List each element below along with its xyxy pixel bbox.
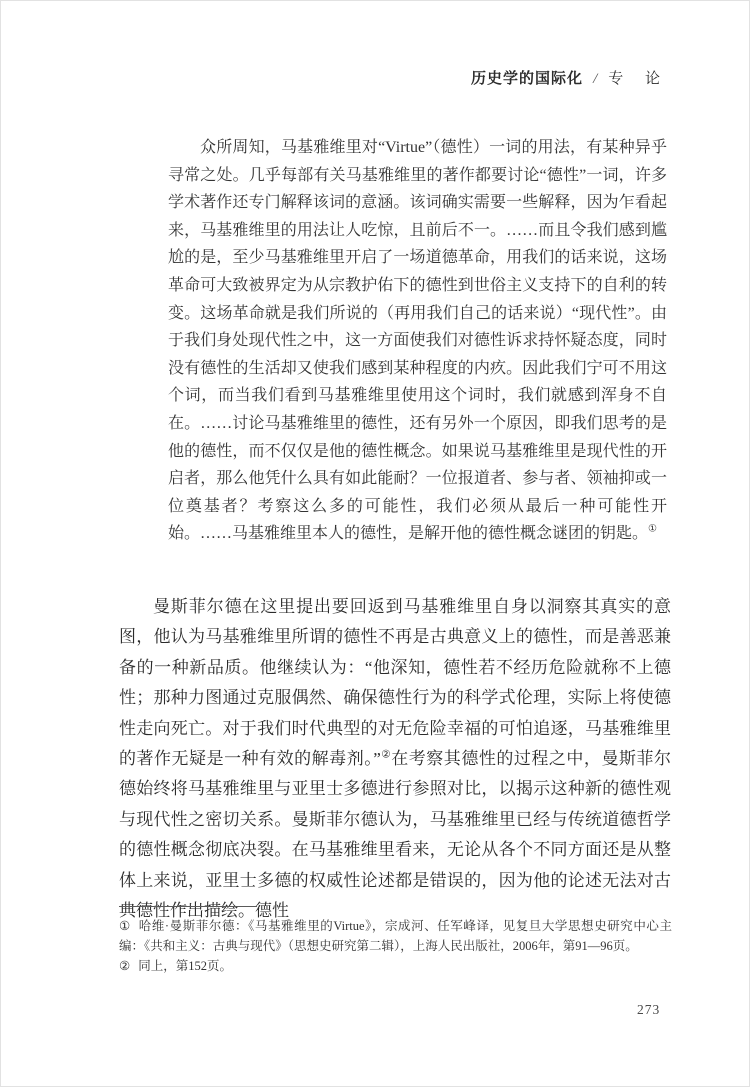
footnote-ref-2: ② [381, 749, 391, 760]
body-paragraph: 曼斯菲尔德在这里提出要回返到马基雅维里自身以洞察其真实的意图，他认为马基雅维里所… [119, 592, 671, 926]
footnote-2-text: 同上，第152页。 [138, 959, 232, 973]
footnote-1-text: 哈维·曼斯菲尔德：《马基雅维里的Virtue》，宗成河、任军峰译，见复旦大学思想… [119, 919, 672, 953]
footnotes-section: ①哈维·曼斯菲尔德：《马基雅维里的Virtue》，宗成河、任军峰译，见复旦大学思… [119, 917, 672, 978]
footnote-ref-1: ① [648, 524, 657, 535]
running-head-title: 历史学的国际化 [471, 71, 583, 87]
footnote-1: ①哈维·曼斯菲尔德：《马基雅维里的Virtue》，宗成河、任军峰译，见复旦大学思… [119, 917, 672, 956]
page-number: 273 [637, 1002, 660, 1018]
footnote-separator-rule [119, 906, 257, 907]
document-page: 历史学的国际化/专 论 众所周知，马基雅维里对“Virtue”（德性）一词的用法… [0, 0, 750, 1087]
footnote-2-marker: ② [119, 959, 130, 973]
running-head-section: 专 论 [608, 71, 669, 87]
footnote-1-marker: ① [119, 919, 131, 933]
running-head-separator: / [593, 71, 598, 87]
block-quote-text: 众所周知，马基雅维里对“Virtue”（德性）一词的用法，有某种异乎寻常之处。几… [168, 139, 667, 542]
footnote-2: ②同上，第152页。 [119, 957, 672, 977]
block-quote: 众所周知，马基雅维里对“Virtue”（德性）一词的用法，有某种异乎寻常之处。几… [168, 134, 667, 548]
body-paragraph-part1: 曼斯菲尔德在这里提出要回返到马基雅维里自身以洞察其真实的意图，他认为马基雅维里所… [119, 597, 671, 768]
running-head: 历史学的国际化/专 论 [471, 67, 669, 88]
body-paragraph-part2: 在考察其德性的过程之中，曼斯菲尔德始终将马基雅维里与亚里士多德进行参照对比，以揭… [119, 749, 671, 920]
